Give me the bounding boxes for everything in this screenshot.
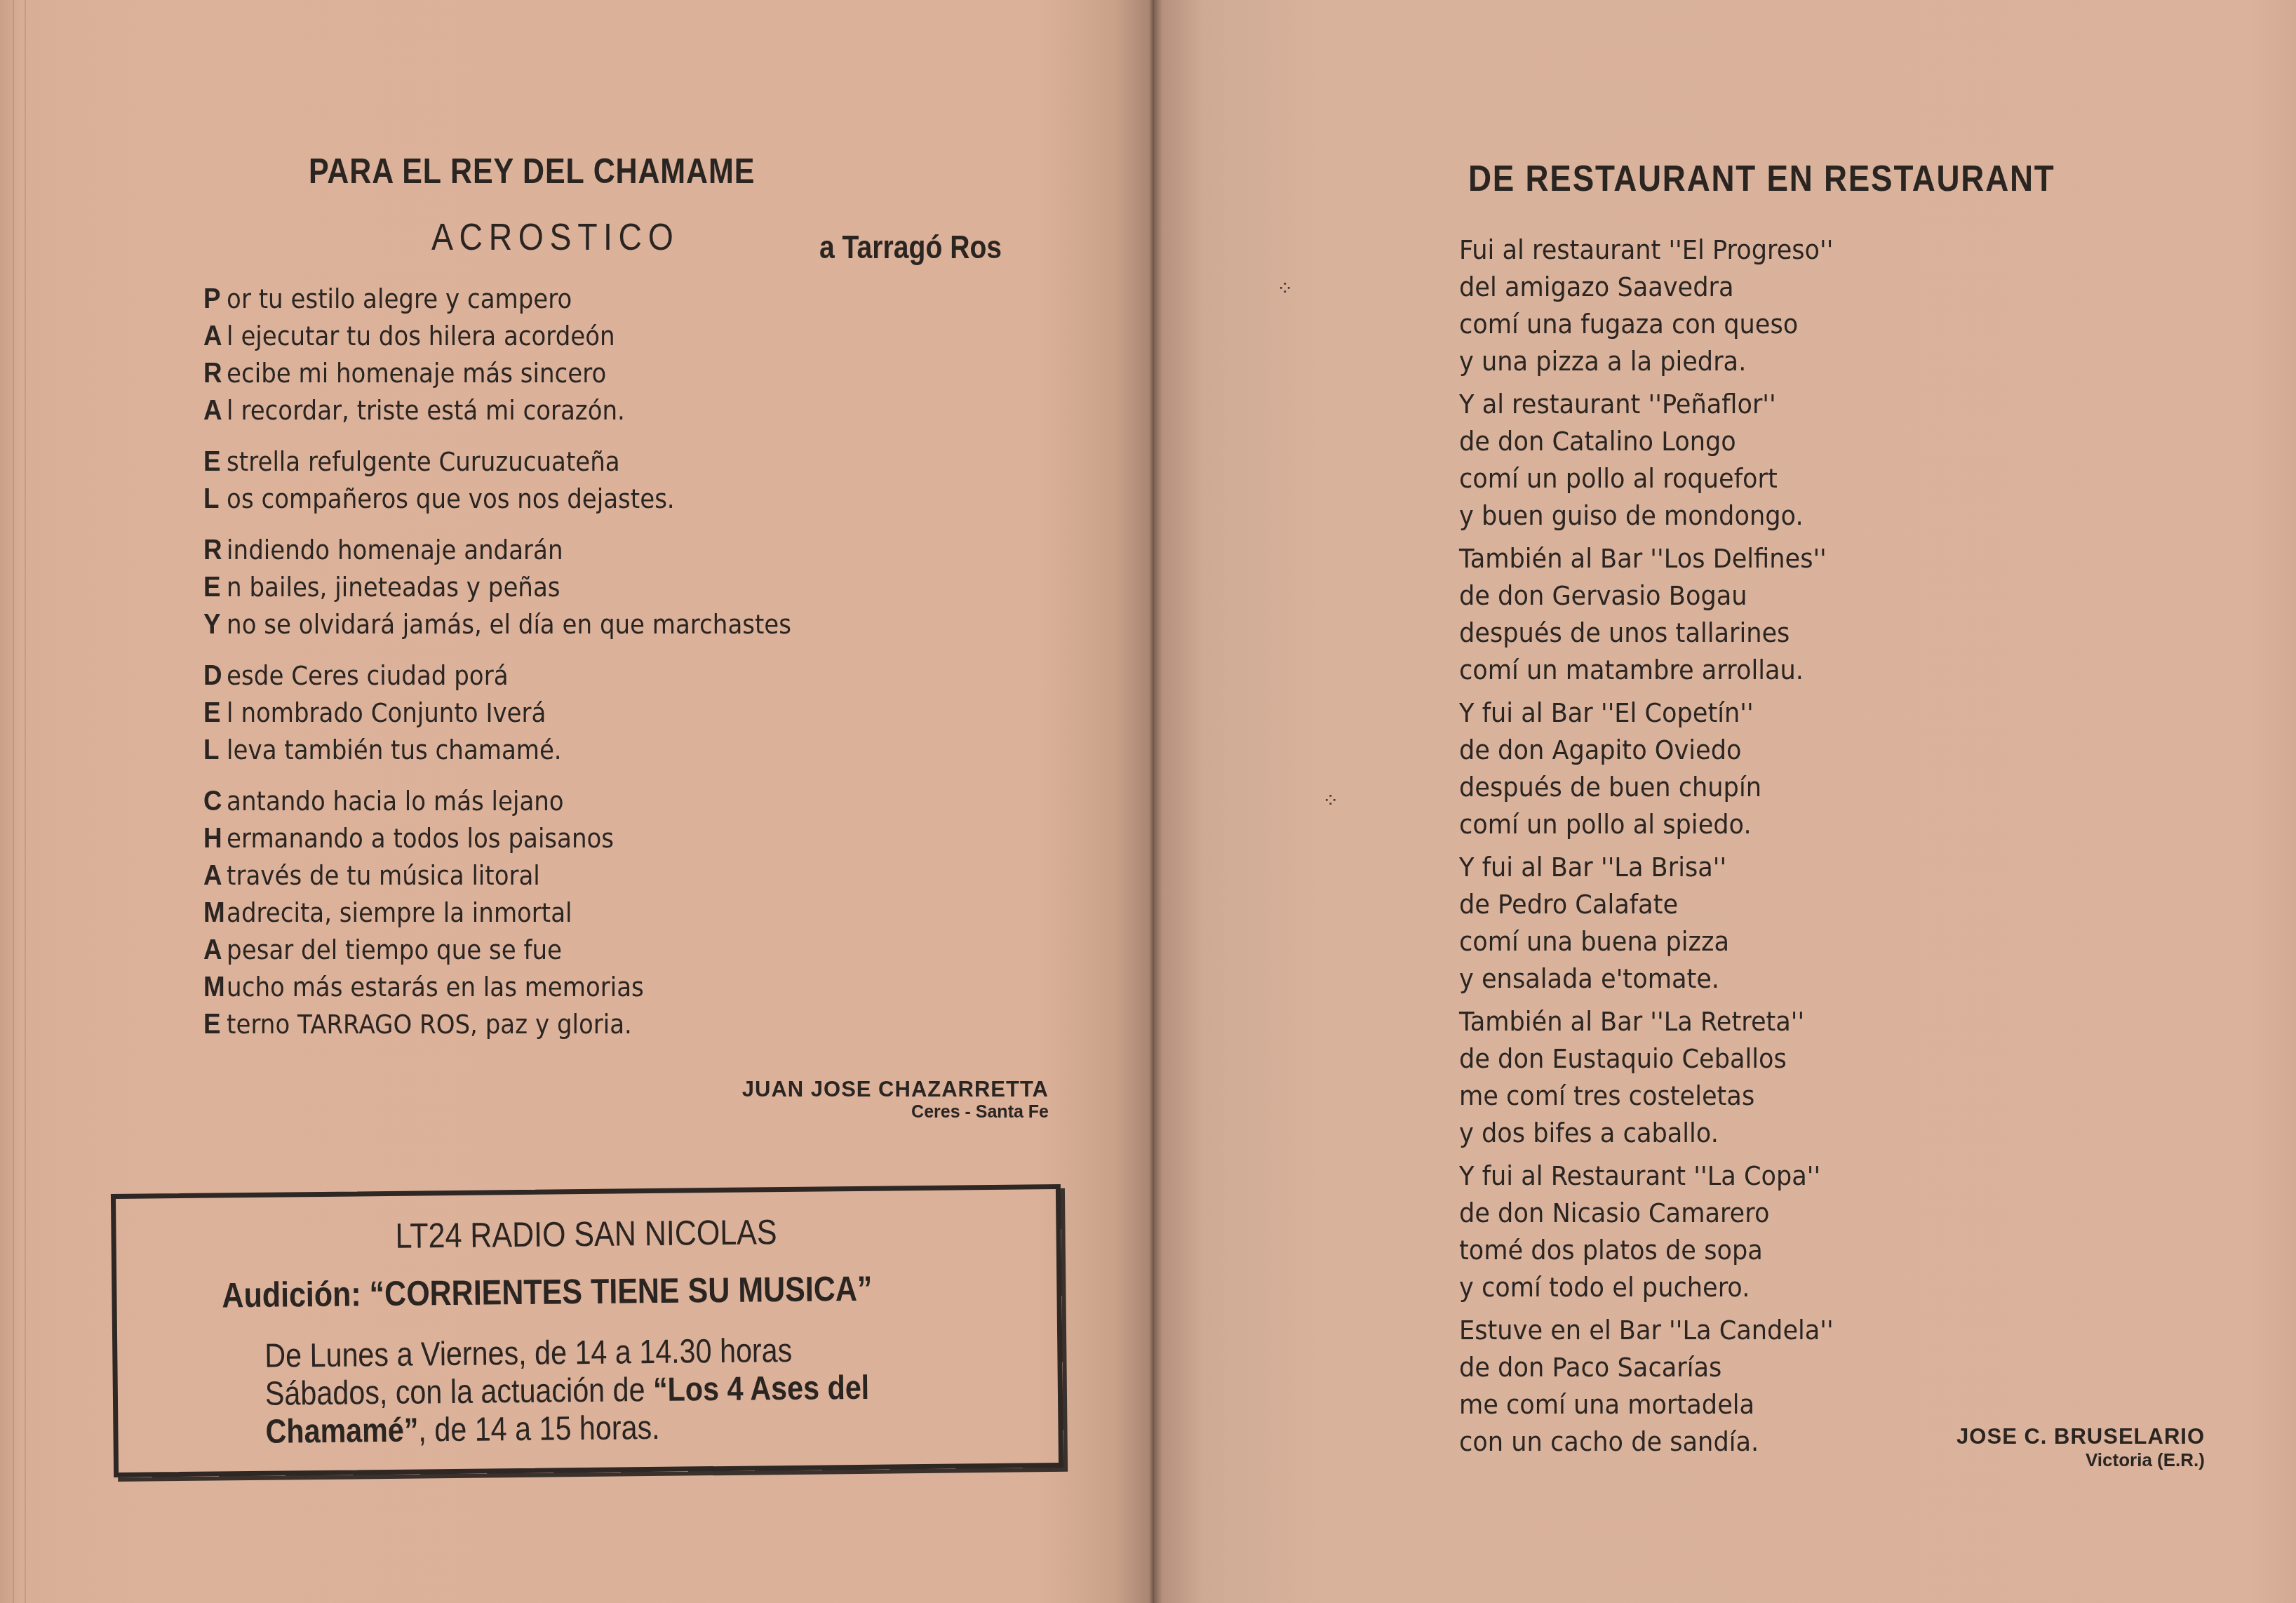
acrostic-stanza: Cantando hacia lo más lejano Hermanando … xyxy=(203,783,975,1043)
acrostic-line-text: ecibe mi homenaje más sincero xyxy=(227,358,606,389)
page-title-right: DE RESTAURANT EN RESTAURANT xyxy=(1468,158,2055,200)
program-name: “CORRIENTES TIENE SU MUSICA” xyxy=(369,1269,872,1314)
acrostic-poem: Por tu estilo alegre y campero Al ejecut… xyxy=(203,281,975,1057)
poem-line: y una pizza a la piedra. xyxy=(1459,343,2059,380)
acrostic-initial: A xyxy=(203,392,227,429)
acrostic-line-text: antando hacia lo más lejano xyxy=(227,786,564,817)
poem-line: comí una fugaza con queso xyxy=(1459,306,2059,343)
open-book-spread: PARA EL REY DEL CHAMAME ACROSTICO a Tarr… xyxy=(0,0,2296,1603)
poem-line: y ensalada e'tomate. xyxy=(1459,960,2059,998)
poem-verse: Y al restaurant ''Peñaflor'' de don Cata… xyxy=(1459,386,2090,535)
author-place: Ceres - Santa Fe xyxy=(742,1102,1049,1122)
left-page: PARA EL REY DEL CHAMAME ACROSTICO a Tarr… xyxy=(0,0,1154,1603)
acrostic-line-text: or tu estilo alegre y campero xyxy=(227,284,572,314)
poem-line: comí un matambre arrollau. xyxy=(1459,652,2059,689)
poem-line: Estuve en el Bar ''La Candela'' xyxy=(1459,1312,2059,1349)
poem-line: del amigazo Saavedra xyxy=(1459,269,2059,306)
saturday-prefix: Sábados, con la actuación de xyxy=(265,1371,645,1413)
poem-line: me comí tres costeletas xyxy=(1459,1078,2059,1115)
acrostic-initial: E xyxy=(203,569,227,605)
radio-schedule: De Lunes a Viernes, de 14 a 14.30 horas … xyxy=(264,1331,929,1451)
acrostic-initial: A xyxy=(203,318,227,354)
acrostic-line: Yno se olvidará jamás, el día en que mar… xyxy=(203,606,913,643)
radio-advertisement-box: LT24 RADIO SAN NICOLAS Audición: “CORRIE… xyxy=(111,1184,1063,1477)
acrostic-line: En bailes, jineteadas y peñas xyxy=(203,569,913,606)
acrostic-initial: E xyxy=(203,695,227,731)
acrostic-initial: R xyxy=(203,355,227,391)
dedication: a Tarragó Ros xyxy=(819,228,1002,266)
acrostic-line: Por tu estilo alegre y campero xyxy=(203,281,913,318)
poem-line: comí un pollo al roquefort xyxy=(1459,460,2059,497)
poem-verse: También al Bar ''La Retreta'' de don Eus… xyxy=(1459,1003,2090,1152)
poem-line: También al Bar ''Los Delfines'' xyxy=(1459,540,2059,577)
poem-line: Y fui al Bar ''La Brisa'' xyxy=(1459,849,2059,886)
radio-station-name: LT24 RADIO SAN NICOLAS xyxy=(182,1209,991,1259)
acrostic-line-text: l recordar, triste está mi corazón. xyxy=(227,396,625,426)
acrostic-line: Recibe mi homenaje más sincero xyxy=(203,355,913,392)
acrostic-line: Rindiendo homenaje andarán xyxy=(203,532,913,569)
acrostic-line-text: ucho más estarás en las memorias xyxy=(227,972,644,1002)
acrostic-initial: M xyxy=(203,969,227,1005)
acrostic-line: El nombrado Conjunto Iverá xyxy=(203,695,913,732)
ink-speck-decoration: ⁘ xyxy=(1277,277,1293,300)
acrostic-line-text: ermanando a todos los paisanos xyxy=(227,824,614,854)
acrostic-line: Cantando hacia lo más lejano xyxy=(203,783,913,820)
poem-line: de don Paco Sacarías xyxy=(1459,1349,2059,1386)
acrostic-line-text: leva también tus chamamé. xyxy=(227,735,562,765)
acrostic-line: Al ejecutar tu dos hilera acordeón xyxy=(203,318,913,355)
acrostic-stanza: Rindiendo homenaje andarán En bailes, ji… xyxy=(203,532,975,643)
poem-line: Y fui al Bar ''El Copetín'' xyxy=(1459,695,2059,732)
acrostic-line: Apesar del tiempo que se fue xyxy=(203,932,913,969)
poem-line: y dos bifes a caballo. xyxy=(1459,1115,2059,1152)
poem-line: de don Agapito Oviedo xyxy=(1459,732,2059,769)
author-signature-right: JOSE C. BRUSELARIO Victoria (E.R.) xyxy=(1956,1424,2205,1471)
poem-verse: También al Bar ''Los Delfines'' de don G… xyxy=(1459,540,2090,689)
poem-line: Y fui al Restaurant ''La Copa'' xyxy=(1459,1158,2059,1195)
poem-line: Fui al restaurant ''El Progreso'' xyxy=(1459,232,2059,269)
acrostic-line-text: esde Ceres ciudad porá xyxy=(227,661,508,691)
poem-line: comí un pollo al spiedo. xyxy=(1459,806,2059,843)
acrostic-initial: L xyxy=(203,481,227,517)
poem-line: me comí una mortadela xyxy=(1459,1386,2059,1423)
acrostic-line-text: pesar del tiempo que se fue xyxy=(227,935,562,965)
acrostic-initial: D xyxy=(203,657,227,694)
author-signature-left: JUAN JOSE CHAZARRETTA Ceres - Santa Fe xyxy=(742,1077,1049,1122)
poem-verse: Y fui al Bar ''El Copetín'' de don Agapi… xyxy=(1459,695,2090,843)
saturday-schedule: Sábados, con la actuación de “Los 4 Ases… xyxy=(265,1369,929,1451)
acrostic-line: Hermanando a todos los paisanos xyxy=(203,820,913,857)
poem-line: de don Gervasio Bogau xyxy=(1459,577,2059,615)
acrostic-stanza: Por tu estilo alegre y campero Al ejecut… xyxy=(203,281,975,429)
acrostic-stanza: Desde Ceres ciudad porá El nombrado Conj… xyxy=(203,657,975,769)
acrostic-line: Eterno TARRAGO ROS, paz y gloria. xyxy=(203,1006,913,1043)
acrostic-line: Estrella refulgente Curuzucuateña xyxy=(203,443,913,481)
acrostic-initial: P xyxy=(203,281,227,317)
acrostic-line-text: l nombrado Conjunto Iverá xyxy=(227,698,546,728)
acrostic-initial: R xyxy=(203,532,227,568)
acrostic-line-text: no se olvidará jamás, el día en que marc… xyxy=(227,610,791,640)
acrostic-line-text: terno TARRAGO ROS, paz y gloria. xyxy=(227,1010,632,1040)
acrostic-line-text: l ejecutar tu dos hilera acordeón xyxy=(227,321,615,351)
restaurant-poem: Fui al restaurant ''El Progreso'' del am… xyxy=(1459,232,2090,1466)
author-name: JUAN JOSE CHAZARRETTA xyxy=(742,1077,1049,1102)
acrostic-line-text: través de tu música litoral xyxy=(227,861,540,891)
page-title-left: PARA EL REY DEL CHAMAME xyxy=(309,151,755,192)
poem-line: tomé dos platos de sopa xyxy=(1459,1232,2059,1269)
acrostic-line: Madrecita, siempre la inmortal xyxy=(203,894,913,932)
acrostic-initial: E xyxy=(203,443,227,480)
author-name: JOSE C. BRUSELARIO xyxy=(1956,1424,2205,1449)
poem-line: de Pedro Calafate xyxy=(1459,886,2059,923)
acrostic-line-text: os compañeros que vos nos dejastes. xyxy=(227,484,675,514)
acrostic-line: Al recordar, triste está mi corazón. xyxy=(203,392,913,429)
ink-speck-decoration: ⁘ xyxy=(1322,789,1338,812)
acrostic-initial: C xyxy=(203,783,227,819)
acrostic-initial: A xyxy=(203,857,227,894)
author-place: Victoria (E.R.) xyxy=(1956,1449,2205,1471)
poem-line: También al Bar ''La Retreta'' xyxy=(1459,1003,2059,1040)
acrostic-line-text: strella refulgente Curuzucuateña xyxy=(227,447,620,477)
poem-line: y buen guiso de mondongo. xyxy=(1459,497,2059,535)
acrostic-initial: A xyxy=(203,932,227,968)
poem-line: después de buen chupín xyxy=(1459,769,2059,806)
poem-verse: Fui al restaurant ''El Progreso'' del am… xyxy=(1459,232,2090,380)
acrostic-initial: H xyxy=(203,820,227,857)
acrostic-line-text: indiendo homenaje andarán xyxy=(227,535,563,565)
acrostic-initial: E xyxy=(203,1006,227,1042)
poem-verse: Y fui al Bar ''La Brisa'' de Pedro Calaf… xyxy=(1459,849,2090,998)
acrostic-subtitle: ACROSTICO xyxy=(431,215,679,259)
poem-line: y comí todo el puchero. xyxy=(1459,1269,2059,1306)
poem-line: de don Nicasio Camarero xyxy=(1459,1195,2059,1232)
acrostic-line: Mucho más estarás en las memorias xyxy=(203,969,913,1006)
acrostic-line-text: n bailes, jineteadas y peñas xyxy=(227,572,560,603)
acrostic-initial: Y xyxy=(203,606,227,643)
poem-line: Y al restaurant ''Peñaflor'' xyxy=(1459,386,2059,423)
acrostic-line: Através de tu música litoral xyxy=(203,857,913,894)
acrostic-line-text: adrecita, siempre la inmortal xyxy=(227,898,572,928)
acrostic-line: Desde Ceres ciudad porá xyxy=(203,657,913,695)
acrostic-initial: M xyxy=(203,894,227,931)
acrostic-line: Los compañeros que vos nos dejastes. xyxy=(203,481,913,518)
weekday-schedule: De Lunes a Viernes, de 14 a 14.30 horas xyxy=(264,1331,929,1376)
program-label: Audición: xyxy=(222,1274,361,1315)
poem-line: de don Eustaquio Ceballos xyxy=(1459,1040,2059,1078)
poem-line: de don Catalino Longo xyxy=(1459,423,2059,460)
saturday-suffix: , de 14 a 15 horas. xyxy=(418,1409,660,1449)
poem-line: después de unos tallarines xyxy=(1459,615,2059,652)
poem-line: comí una buena pizza xyxy=(1459,923,2059,960)
acrostic-stanza: Estrella refulgente Curuzucuateña Los co… xyxy=(203,443,975,518)
poem-verse: Y fui al Restaurant ''La Copa'' de don N… xyxy=(1459,1158,2090,1306)
acrostic-initial: L xyxy=(203,732,227,768)
radio-program: Audición: “CORRIENTES TIENE SU MUSICA” xyxy=(222,1268,873,1316)
acrostic-line: Lleva también tus chamamé. xyxy=(203,732,913,769)
